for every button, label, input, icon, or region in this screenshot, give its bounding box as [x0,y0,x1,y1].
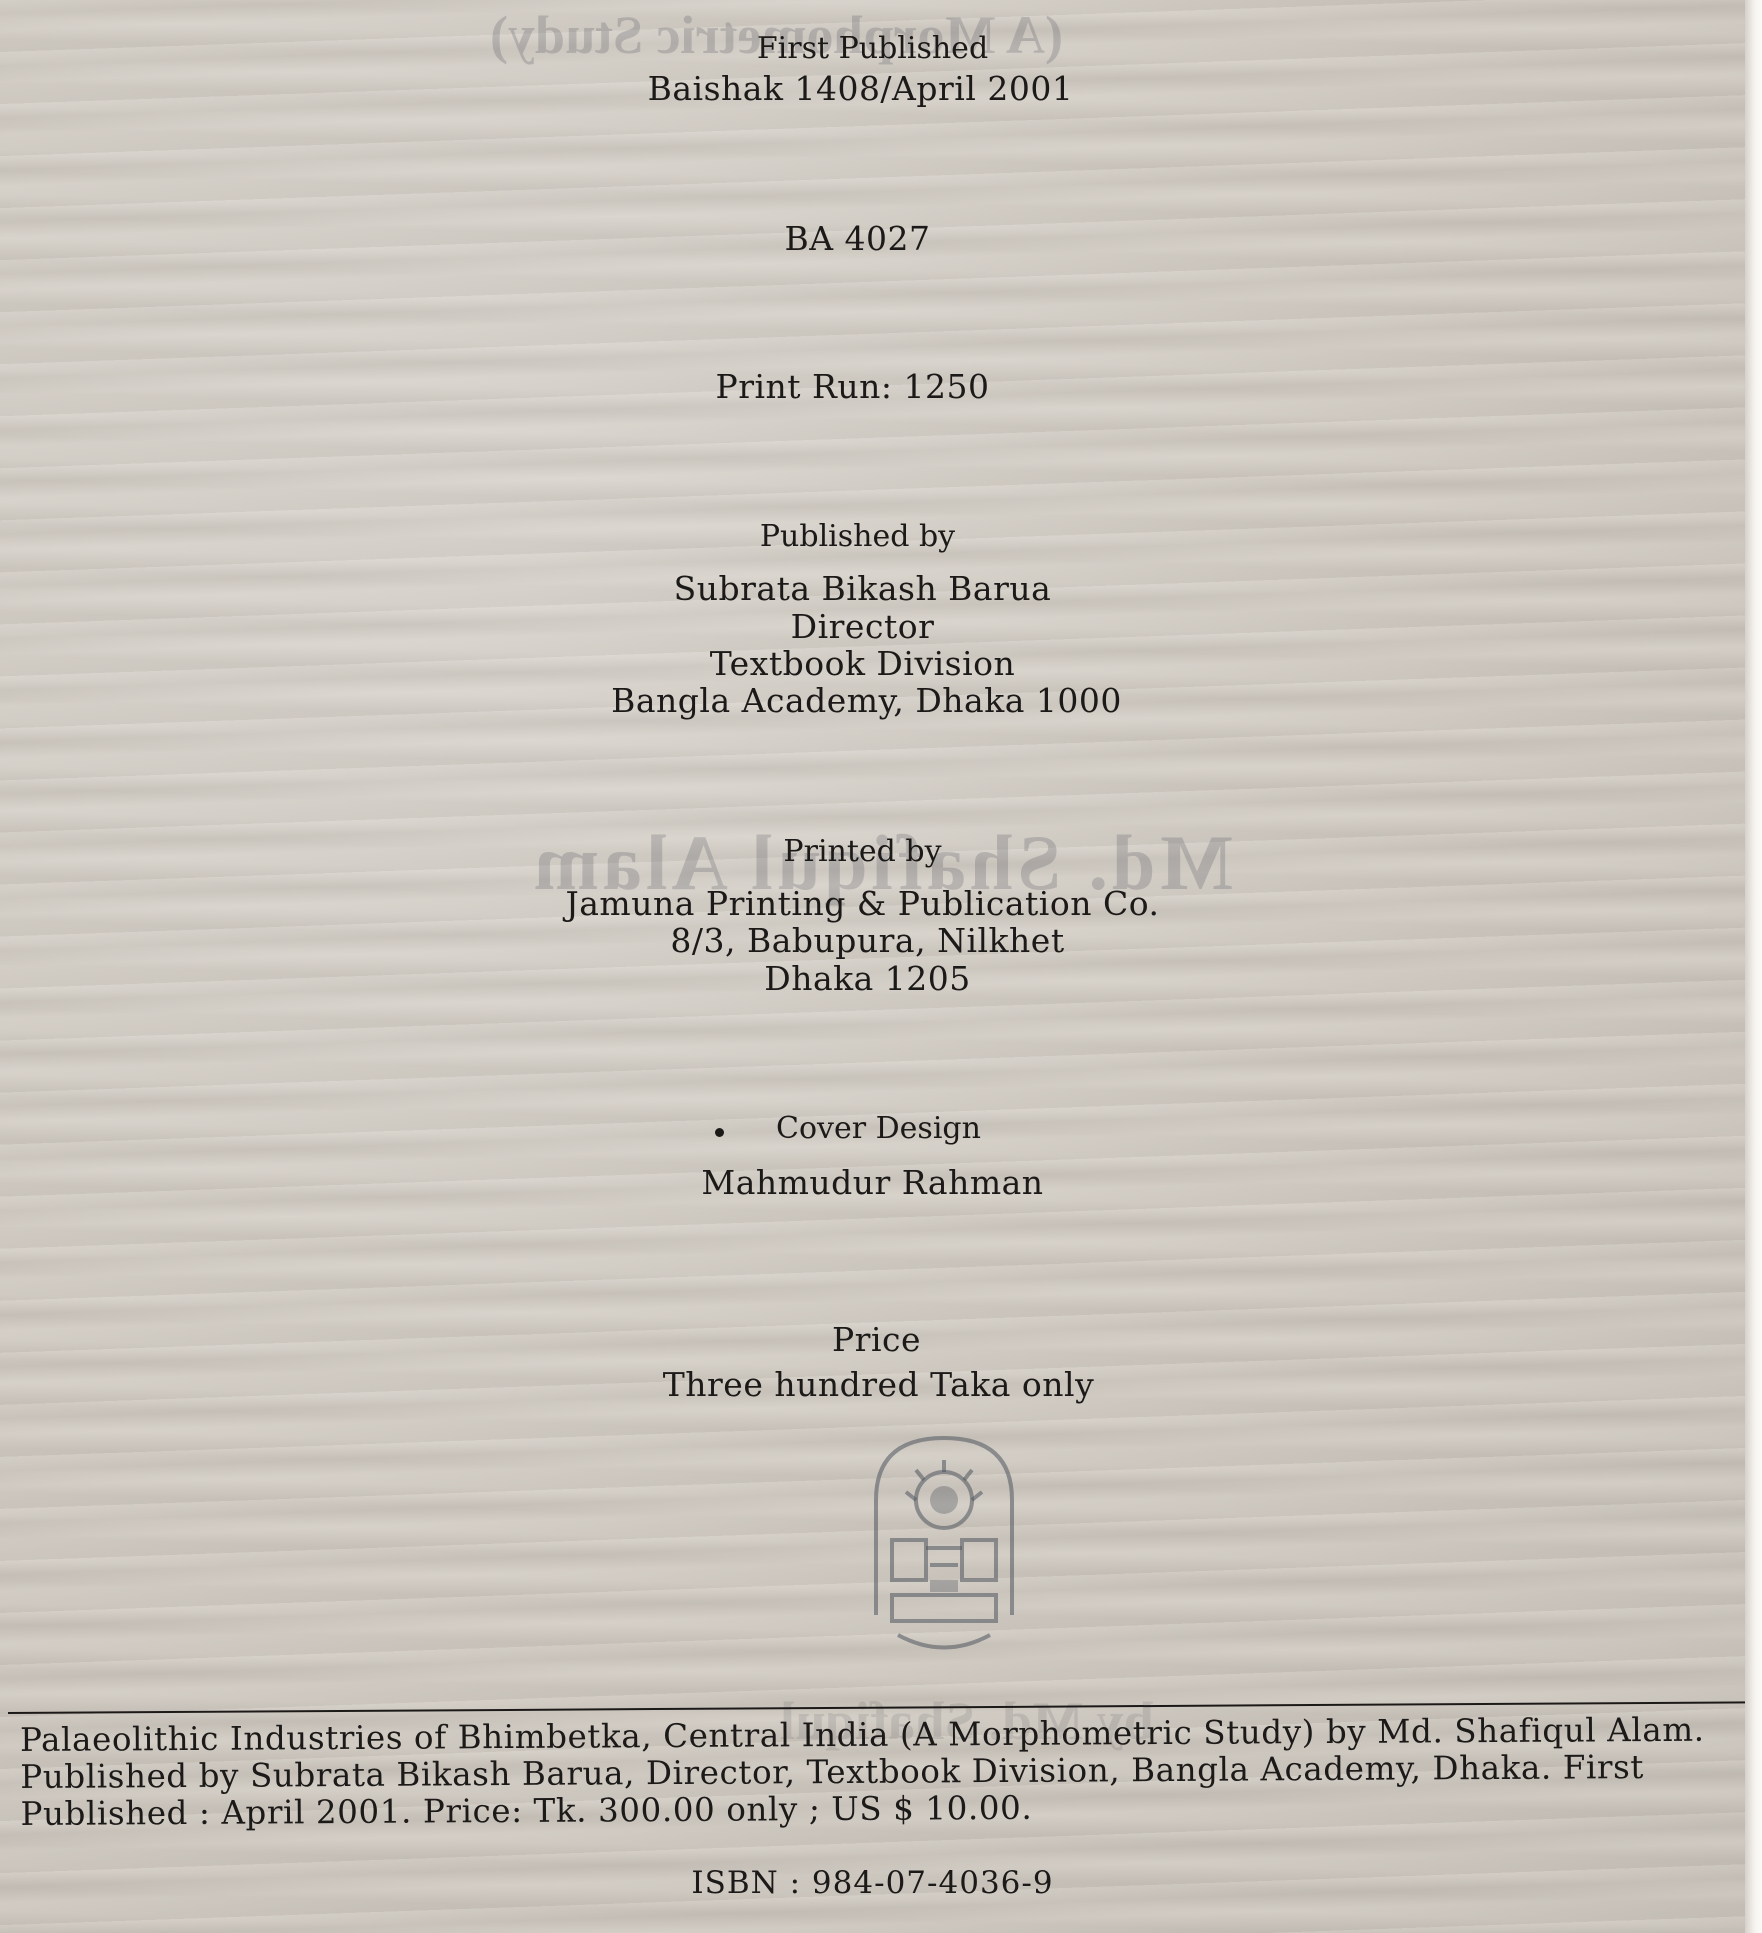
bangla-academy-emblem-icon [870,1430,1018,1660]
cover-designer-name: Mahmudur Rahman [0,1166,1745,1199]
isbn: ISBN : 984-07-4036-9 [0,1868,1745,1899]
citation-line: Published : April 2001. Price: Tk. 300.0… [20,1785,1752,1833]
page-edge [1745,0,1762,1933]
printed-by-label: Printed by [0,837,1735,867]
published-by-label: Published by [0,522,1730,552]
publisher-division: Textbook Division [0,647,1735,680]
publisher-address: Bangla Academy, Dhaka 1000 [0,684,1739,717]
print-run: Print Run: 1250 [0,370,1725,403]
publisher-title: Director [0,610,1735,643]
price-label: Price [4,1323,1749,1356]
printer-name: Jamuna Printing & Publication Co. [0,887,1735,920]
publisher-name: Subrata Bikash Barua [0,572,1735,605]
printer-street: 8/3, Babupura, Nilkhet [0,924,1740,957]
catalog-number: BA 4027 [0,222,1730,255]
citation-block: Palaeolithic Industries of Bhimbetka, Ce… [20,1711,1752,1833]
scanned-page: (A Morphometric Study) Md. Shafiqul Alam… [0,0,1752,1933]
cover-design-label: Cover Design [6,1114,1751,1144]
printer-city: Dhaka 1205 [0,962,1740,995]
first-published-date: Baishak 1408/April 2001 [0,72,1733,105]
price-text: Three hundred Taka only [6,1368,1751,1401]
first-published-label: First Published [0,34,1745,64]
